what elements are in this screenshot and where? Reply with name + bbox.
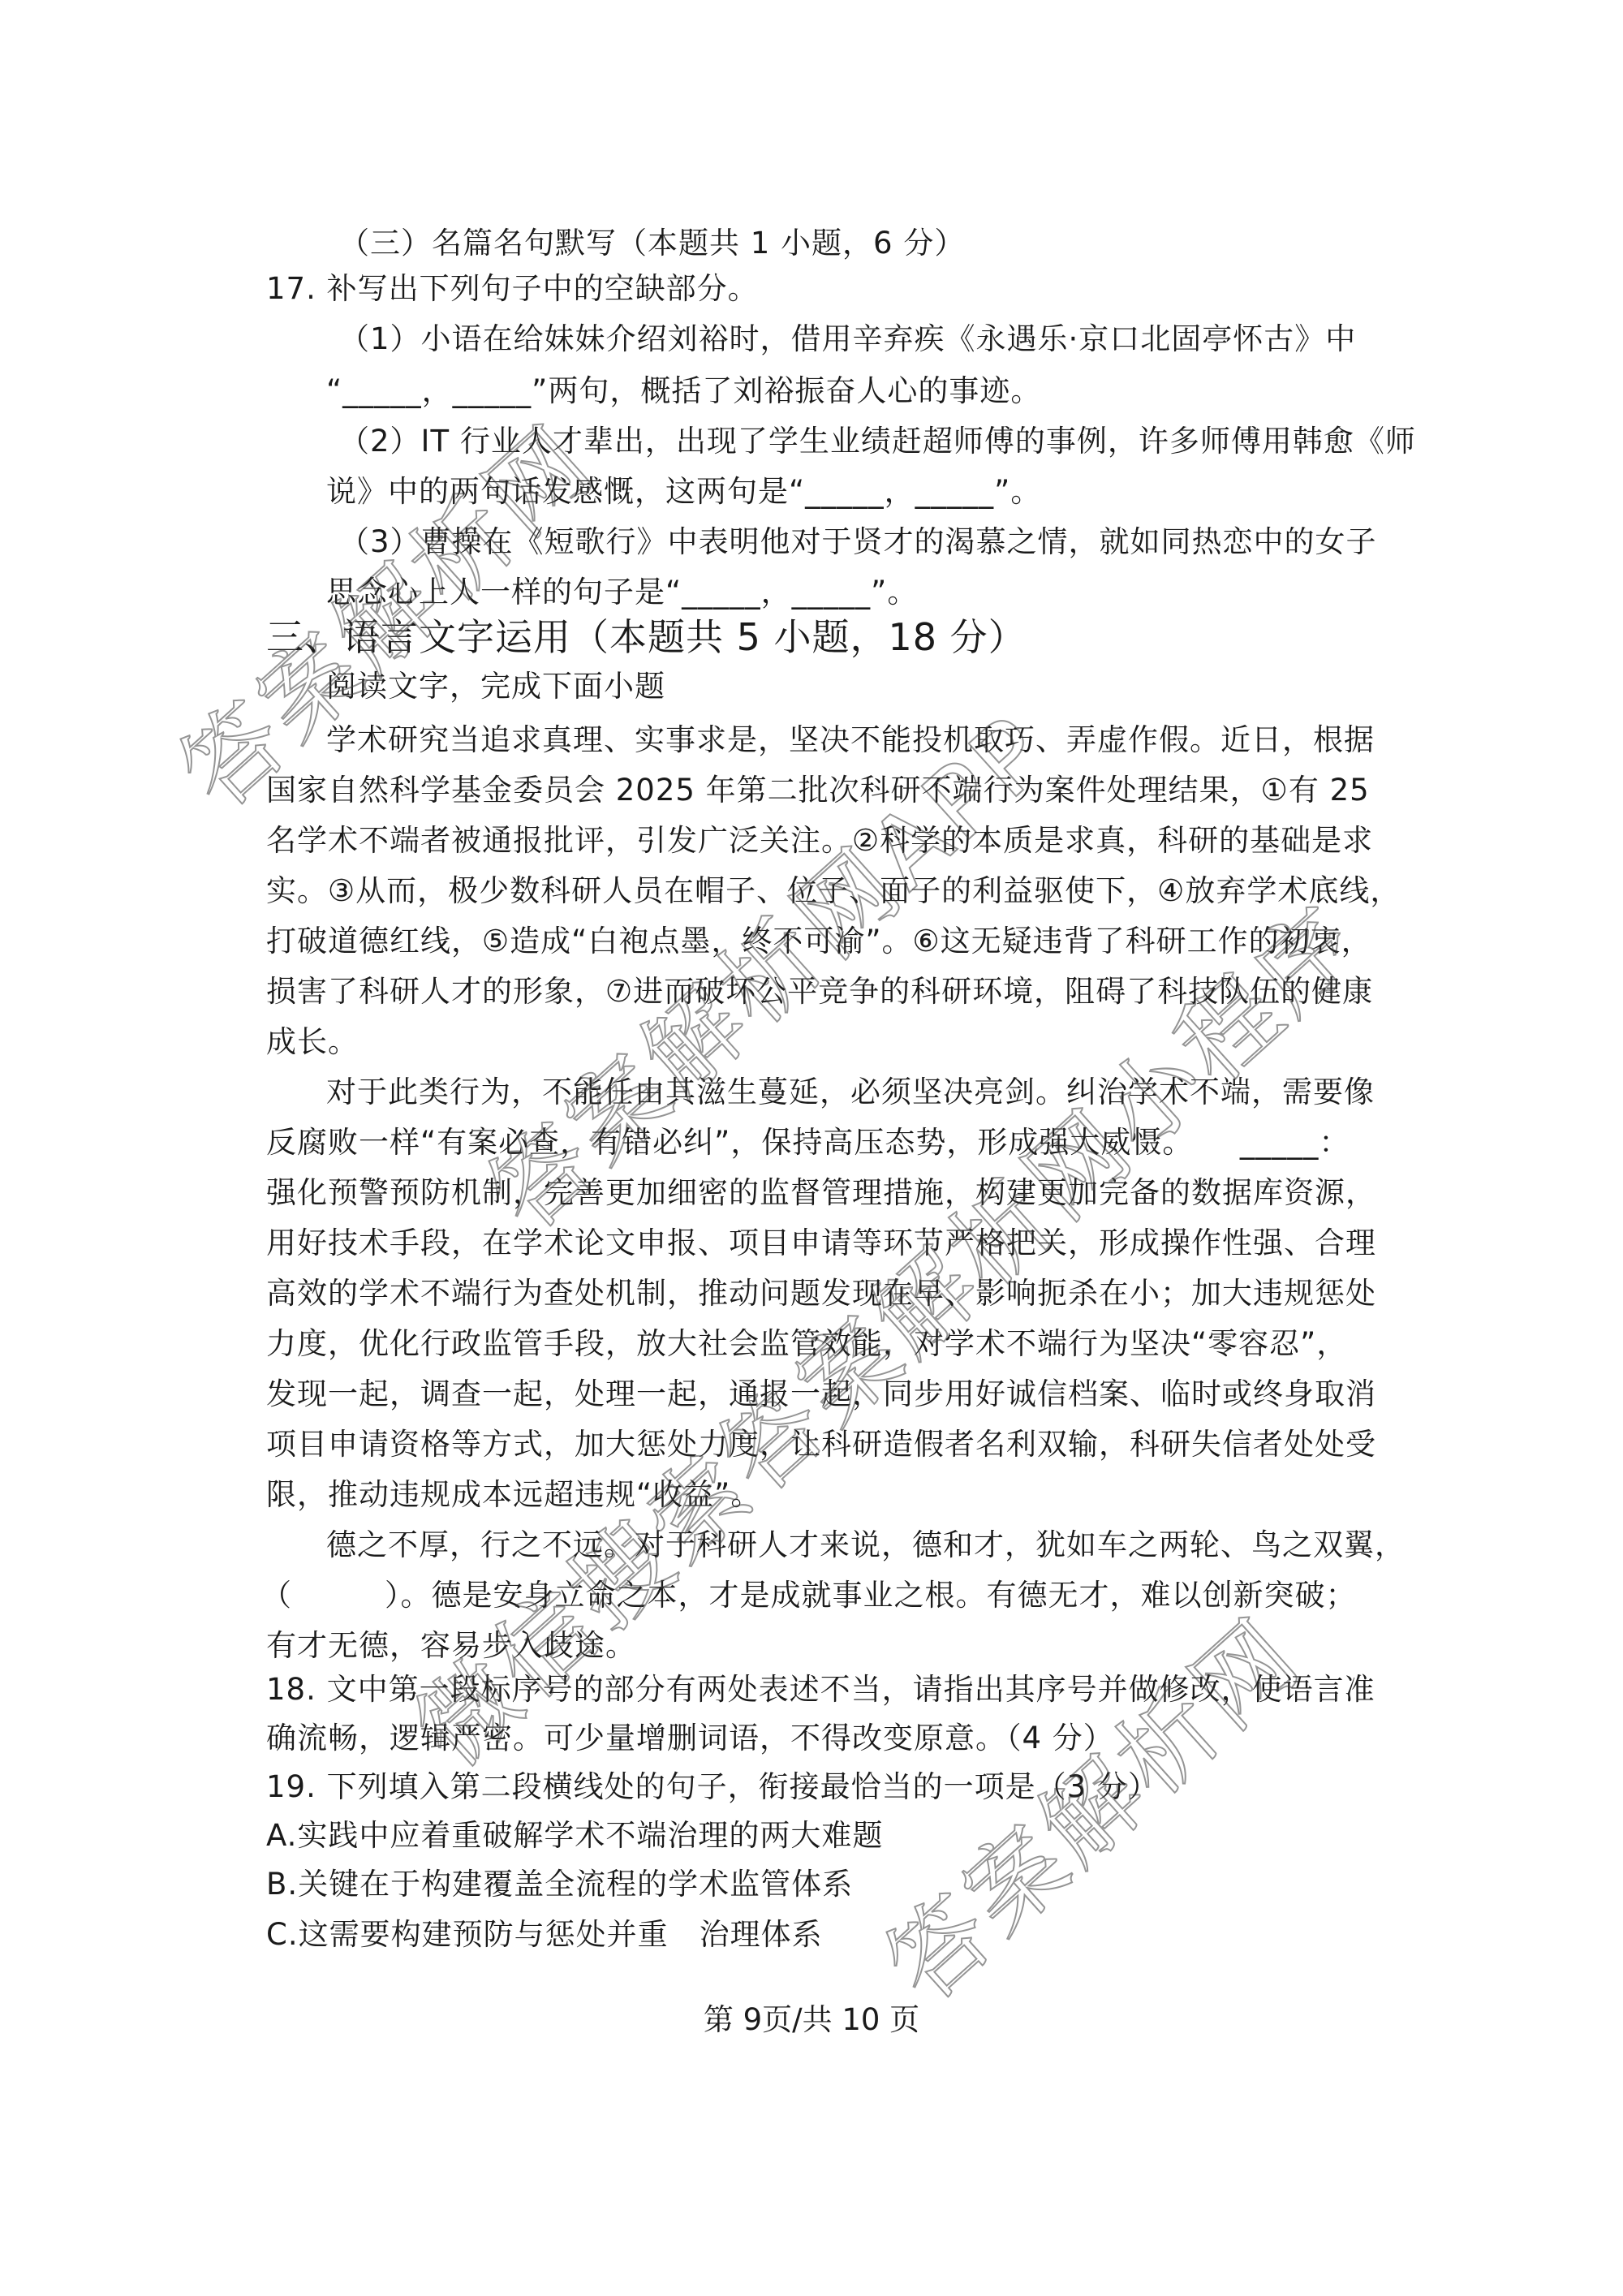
question-17-part1-line1: （1）小语在给妹妹介绍刘裕时，借用辛弃疾《永遇乐·京口北固亭怀古》中 [339,320,1356,359]
passage-line: 对于此类行为，不能任由其滋生蔓延，必须坚决亮剑。纠治学术不端，需要像 [326,1073,1375,1112]
passage-line: 学术研究当追求真理、实事求是，坚决不能投机取巧、弄虚作假。近日，根据 [326,721,1375,760]
question-17-part3-line2: 思念心上人一样的句子是“_____，_____”。 [326,573,918,612]
question-17-part2-line2: 说》中的两句话发感慨，这两句是“_____，_____”。 [326,472,1041,511]
passage-line: 打破道德红线，⑤造成“白袍点墨，终不可渝”。⑥这无疑违背了科研工作的初衷， [266,922,1372,961]
passage-line: 高效的学术不端行为查处机制，推动问题发现在早、影响扼杀在小；加大违规惩处 [266,1274,1376,1313]
question-18-line1: 18. 文中第一段标序号的部分有两处表述不当，请指出其序号并做修改，使语言准 [266,1670,1375,1709]
reading-instruction: 阅读文字，完成下面小题 [326,667,665,706]
question-17-part3-line1: （3）曹操在《短歌行》中表明他对于贤才的渴慕之情，就如同热恋中的女子 [339,523,1377,562]
page-number: 第 9页/共 10 页 [0,1995,1623,2039]
watermark-text: 答案解析网APP [454,678,1075,1256]
passage-line: 限，推动违规成本远超违规“收益”。 [266,1475,761,1514]
option-b: B.关键在于构建覆盖全流程的学术监管体系 [266,1865,853,1904]
passage-line: （ ）。德是安身立命之本，才是成就事业之根。有德无才，难以创新突破； [261,1576,1357,1615]
passage-line: 实。③从而，极少数科研人员在帽子、位子、面子的利益驱使下，④放弃学术底线， [266,872,1401,911]
question-17-part2-line1: （2）IT 行业人才辈出，出现了学生业绩赶超师傅的事例，许多师傅用韩愈《师 [339,422,1416,461]
option-a: A.实践中应着重破解学术不端治理的两大难题 [266,1816,883,1855]
question-17-stem: 17. 补写出下列句子中的空缺部分。 [266,269,759,308]
passage-line: 用好技术手段，在学术论文申报、项目申请等环节严格把关，形成操作性强、合理 [266,1224,1376,1263]
passage-line: 国家自然科学基金委员会 2025 年第二批次科研不端行为案件处理结果，①有 25 [266,771,1370,810]
passage-line: 力度，优化行政监管手段，放大社会监管效能，对学术不端行为坚决“零容忍”， [266,1325,1347,1363]
question-18-line2: 确流畅，逻辑严密。可少量增删词语，不得改变原意。（4 分） [266,1719,1114,1758]
section-heading: 三、语言文字运用（本题共 5 小题，18 分） [266,613,1027,661]
question-17-part1-line2: “_____，_____”两句，概括了刘裕振奋人心的事迹。 [326,372,1041,411]
passage-line: 项目申请资格等方式，加大惩处力度，让科研造假者名利双输，科研失信者处处受 [266,1425,1376,1464]
passage-line: 损害了科研人才的形象，⑦进而破坏公平竞争的科研环境，阻碍了科技队伍的健康 [266,972,1373,1011]
exam-page: （三）名篇名句默写（本题共 1 小题，6 分） 17. 补写出下列句子中的空缺部… [0,0,1623,2296]
subsection-heading: （三）名篇名句默写（本题共 1 小题，6 分） [339,224,965,263]
passage-line: 发现一起，调查一起，处理一起，通报一起，同步用好诚信档案、临时或终身取消 [266,1375,1376,1414]
passage-line: 名学术不端者被通报批评，引发广泛关注。②科学的本质是求真，科研的基础是求 [266,821,1373,860]
passage-line: 德之不厚，行之不远。对于科研人才来说，德和才，犹如车之两轮、鸟之双翼， [326,1526,1406,1565]
passage-line: 有才无德，容易步入歧途。 [266,1626,636,1665]
option-c: C.这需要构建预防与惩处并重 治理体系 [266,1915,823,1954]
question-19-stem: 19. 下列填入第二段横线处的句子，衔接最恰当的一项是（3 分） [266,1768,1159,1807]
passage-line: 强化预警预防机制，完善更加细密的监督管理措施，构建更加完备的数据库资源， [266,1174,1376,1213]
passage-line: 反腐败一样“有案必查，有错必纠”，保持高压态势，形成强大威慑。 _____： [266,1123,1350,1162]
passage-line: 成长。 [266,1023,359,1062]
